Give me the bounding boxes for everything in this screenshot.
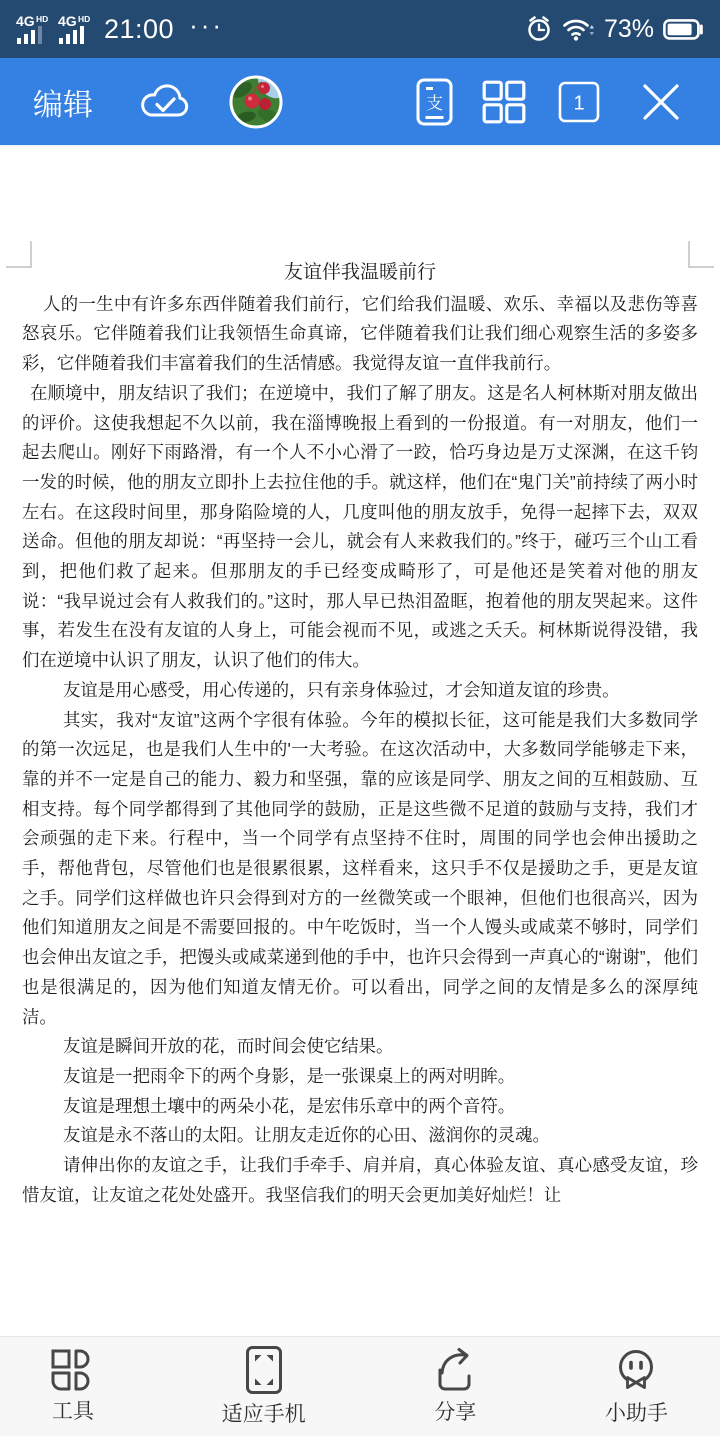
assistant-button[interactable]: 小助手 <box>605 1346 668 1427</box>
fit-phone-icon <box>245 1345 283 1395</box>
notification-dots: ··· <box>189 10 224 41</box>
fit-phone-label: 适应手机 <box>222 1398 306 1428</box>
svg-text:支: 支 <box>426 94 443 113</box>
document-content: 友谊伴我温暖前行 人的一生中有许多东西伴随着我们前行，它们给我们温暖、欢乐、幸福… <box>0 146 720 1211</box>
alarm-clock-icon <box>525 15 553 43</box>
clock-time: 21:00 <box>104 14 174 45</box>
paragraph[interactable]: 友谊是永不落山的太阳。让朋友走近你的心田、滋润你的灵魂。 <box>22 1121 698 1151</box>
wifi-icon <box>562 16 595 43</box>
page-count-icon[interactable]: 1 <box>558 81 600 123</box>
paragraph[interactable]: 友谊是瞬间开放的花，而时间会使它结果。 <box>22 1032 698 1062</box>
signal-strength-icon-1: 4G HD <box>16 13 49 45</box>
document-title[interactable]: 友谊伴我温暖前行 <box>22 258 698 288</box>
edit-button[interactable]: 编辑 <box>33 80 93 124</box>
status-bar: 4G HD 4G HD 21:00 ··· <box>0 0 720 58</box>
battery-percent: 73% <box>604 15 654 44</box>
paragraph[interactable]: 友谊是一把雨伞下的两个身影，是一张课桌上的两对明眸。 <box>22 1062 698 1092</box>
paragraph[interactable]: 在顺境中，朋友结识了我们；在逆境中，我们了解了朋友。这是名人柯林斯对朋友做出的评… <box>22 379 698 676</box>
editor-toolbar: 编辑 <box>0 58 720 146</box>
page-corner-mark-right <box>688 241 714 268</box>
mobile-pay-view-icon[interactable]: 支 <box>416 78 454 126</box>
battery-icon <box>663 19 704 40</box>
paragraph[interactable]: 人的一生中有许多东西伴随着我们前行，它们给我们温暖、欢乐、幸福以及悲伤等喜怒哀乐… <box>22 290 698 379</box>
fit-phone-button[interactable]: 适应手机 <box>222 1345 306 1428</box>
cloud-saved-icon[interactable] <box>137 80 193 124</box>
paragraph[interactable]: 友谊是理想土壤中的两朵小花，是宏伟乐章中的两个音符。 <box>22 1092 698 1122</box>
status-bar-left: 4G HD 4G HD 21:00 ··· <box>16 13 224 45</box>
status-bar-right: 73% <box>525 15 704 44</box>
tools-label: 工具 <box>52 1395 94 1425</box>
svg-text:HD: HD <box>78 14 90 24</box>
share-icon <box>431 1347 479 1393</box>
app-screen: 4G HD 4G HD 21:00 ··· <box>0 0 720 1436</box>
close-icon[interactable] <box>640 81 682 123</box>
document-page[interactable]: 友谊伴我温暖前行 人的一生中有许多东西伴随着我们前行，它们给我们温暖、欢乐、幸福… <box>0 146 720 1336</box>
paragraph[interactable]: 友谊是用心感受，用心传递的，只有亲身体验过，才会知道友谊的珍贵。 <box>22 676 698 706</box>
svg-text:1: 1 <box>573 92 584 114</box>
share-button[interactable]: 分享 <box>431 1347 479 1426</box>
svg-text:HD: HD <box>36 14 48 24</box>
page-corner-mark-left <box>6 241 32 268</box>
svg-text:4G: 4G <box>58 13 77 29</box>
paragraph[interactable]: 其实，我对“友谊”这两个字很有体验。今年的模拟长征，这可能是我们大多数同学的第一… <box>22 706 698 1033</box>
user-avatar[interactable] <box>229 75 283 129</box>
assistant-label: 小助手 <box>605 1397 668 1427</box>
share-label: 分享 <box>434 1396 476 1426</box>
assistant-icon <box>612 1346 660 1394</box>
tools-icon <box>50 1348 96 1392</box>
signal-strength-icon-2: 4G HD <box>58 13 91 45</box>
paragraph[interactable]: 请伸出你的友谊之手，让我们手牵手、肩并肩，真心体验友谊、真心感受友谊，珍惜友谊，… <box>22 1151 698 1210</box>
tools-button[interactable]: 工具 <box>50 1348 96 1425</box>
svg-text:4G: 4G <box>16 13 35 29</box>
bottom-toolbar: 工具 适应手机 分享 <box>0 1336 720 1436</box>
apps-grid-icon[interactable] <box>482 80 526 124</box>
